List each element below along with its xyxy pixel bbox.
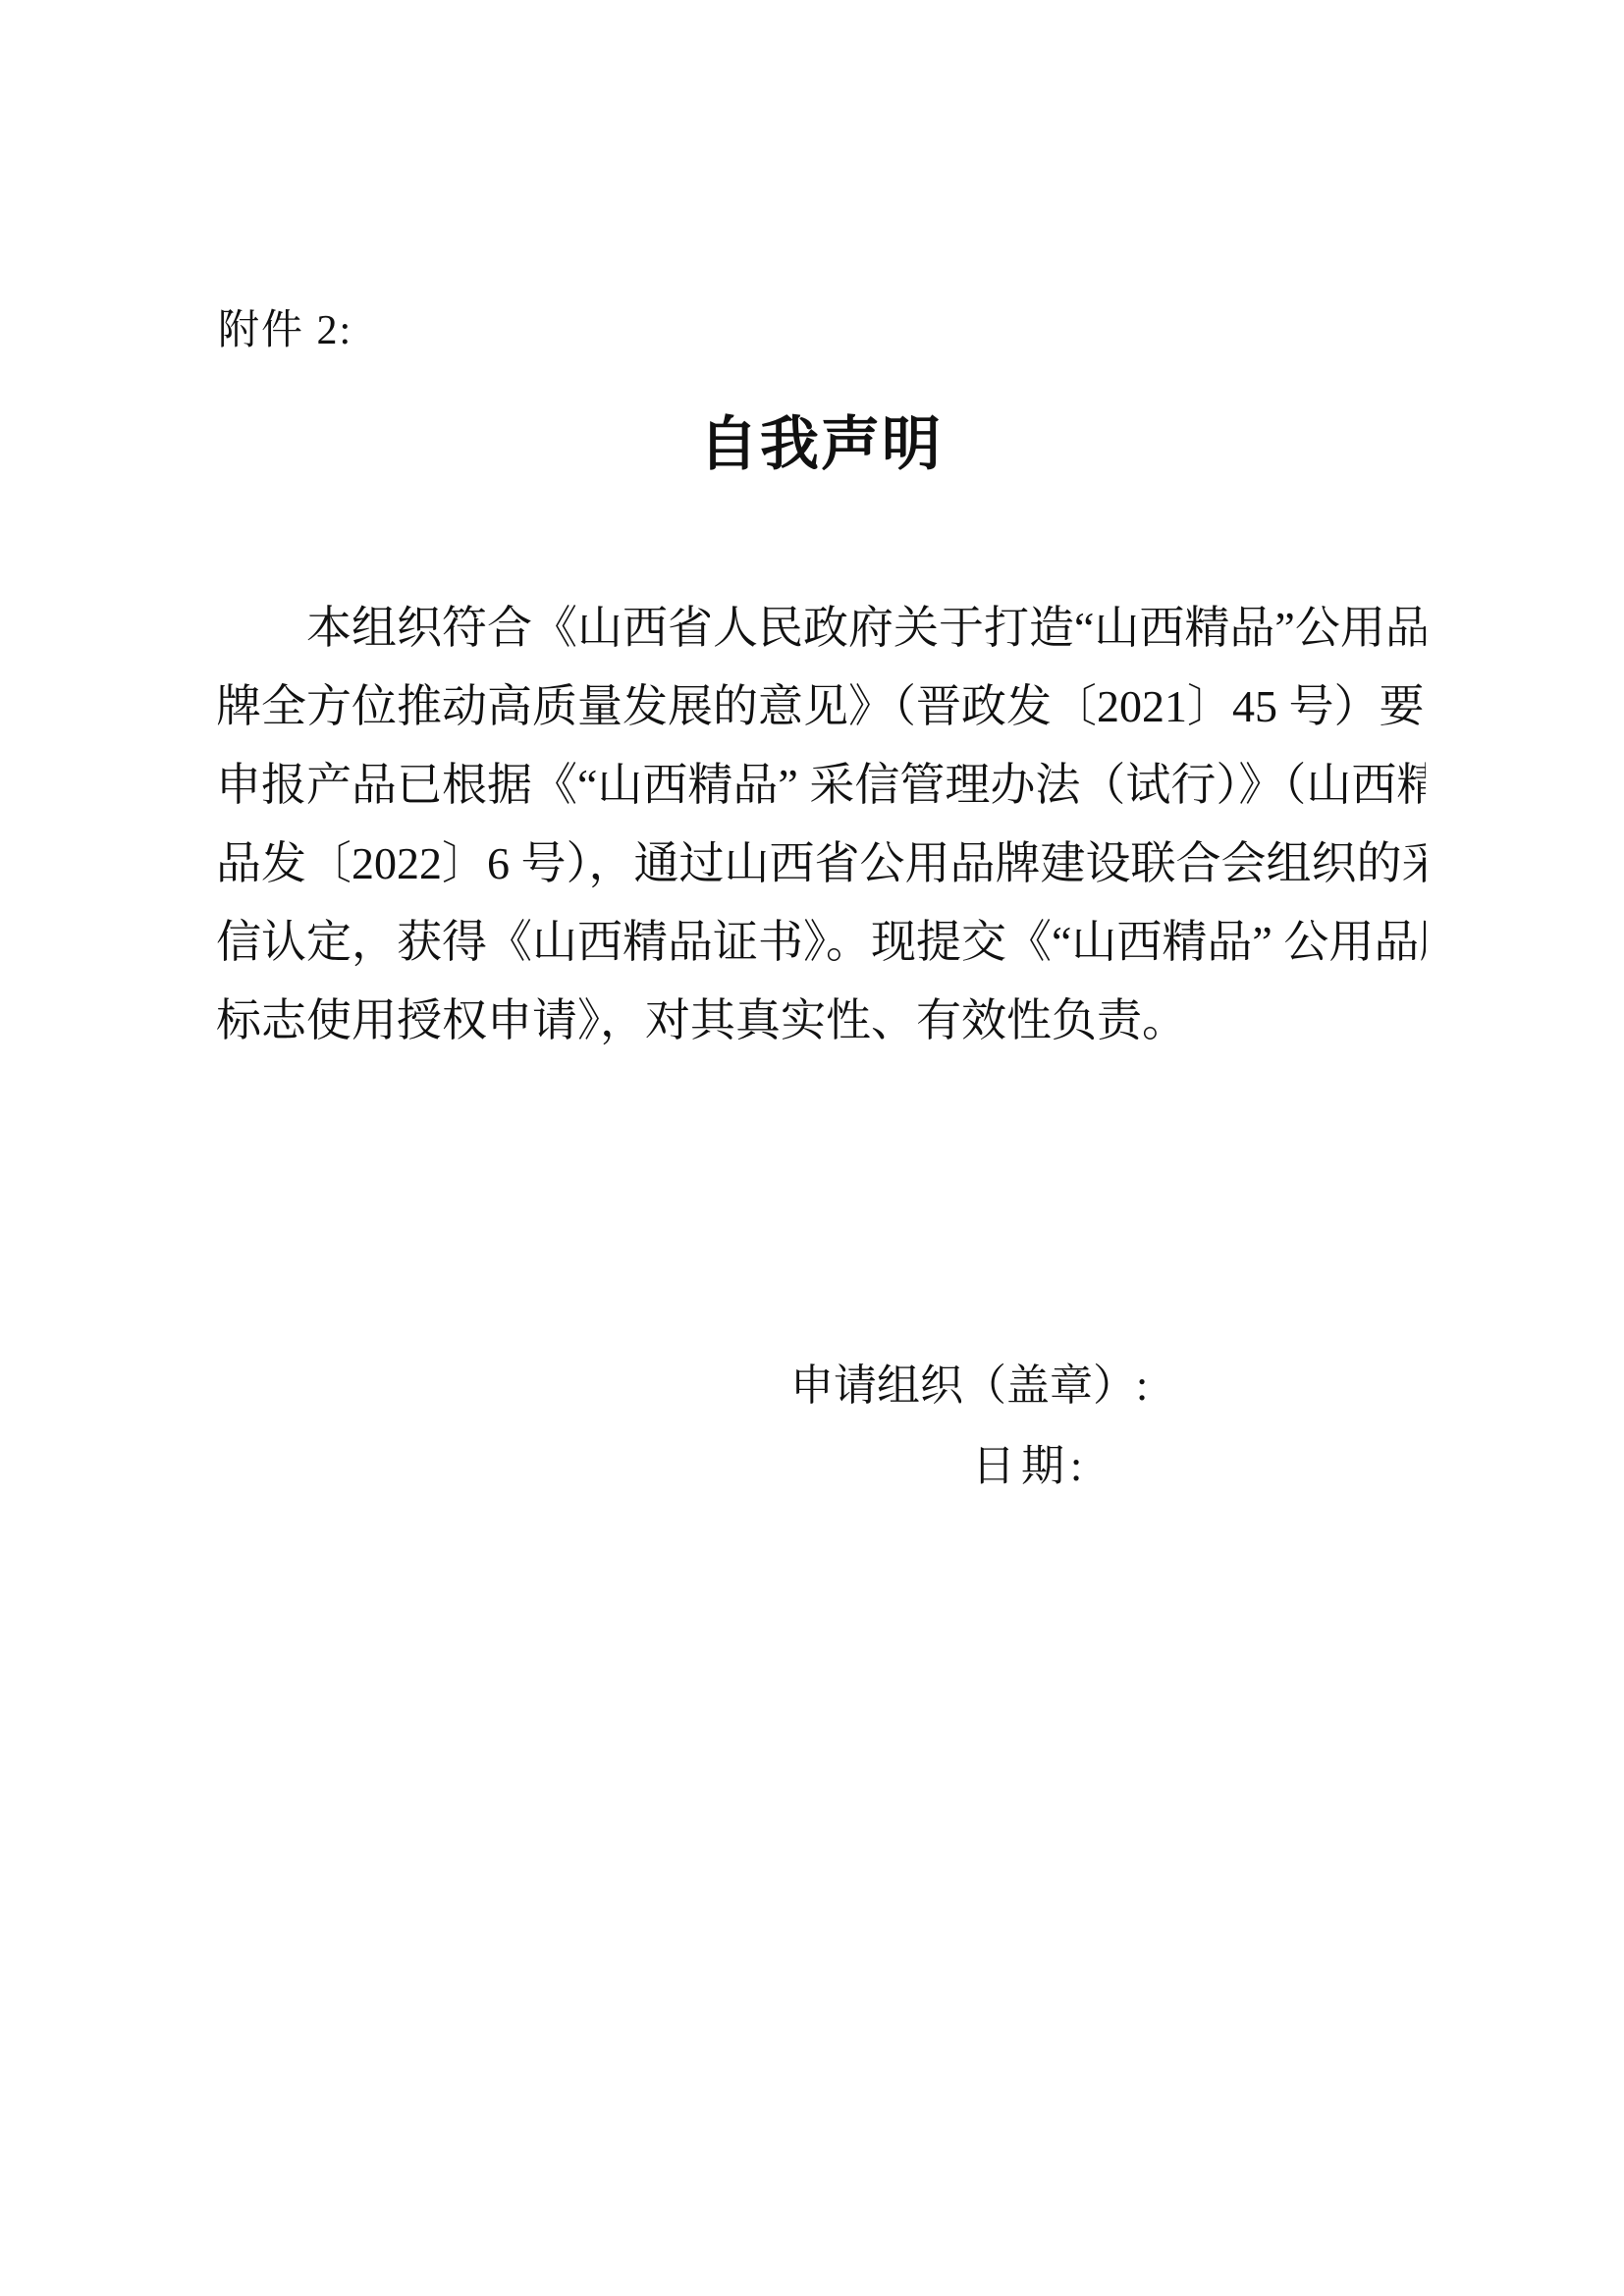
declaration-paragraph: 本组织符合《山西省人民政府关于打造“山西精品”公用品 牌全方位推动高质量发展的意… xyxy=(216,589,1426,1060)
document-title: 自我声明 xyxy=(216,412,1426,477)
attachment-label: 附件 2: xyxy=(218,306,352,355)
signature-date-label: 日期: xyxy=(972,1441,1088,1492)
body-line: 牌全方位推动高质量发展的意见》（晋政发〔2021〕45 号）要求， xyxy=(216,667,1426,746)
body-line: 标志使用授权申请》，对其真实性、有效性负责。 xyxy=(216,982,1426,1060)
body-line: 信认定，获得《山西精品证书》。现提交《“山西精品” 公用品牌 xyxy=(216,903,1426,982)
body-line: 品发〔2022〕6 号），通过山西省公用品牌建设联合会组织的采 xyxy=(216,825,1426,903)
body-line: 申报产品已根据《“山西精品” 采信管理办法（试行）》（山西精 xyxy=(216,746,1426,825)
signature-org-label: 申请组织（盖章）: xyxy=(790,1361,1148,1412)
body-line: 本组织符合《山西省人民政府关于打造“山西精品”公用品 xyxy=(216,589,1426,667)
document-page: 附件 2: 自我声明 本组织符合《山西省人民政府关于打造“山西精品”公用品 牌全… xyxy=(0,0,1624,2296)
